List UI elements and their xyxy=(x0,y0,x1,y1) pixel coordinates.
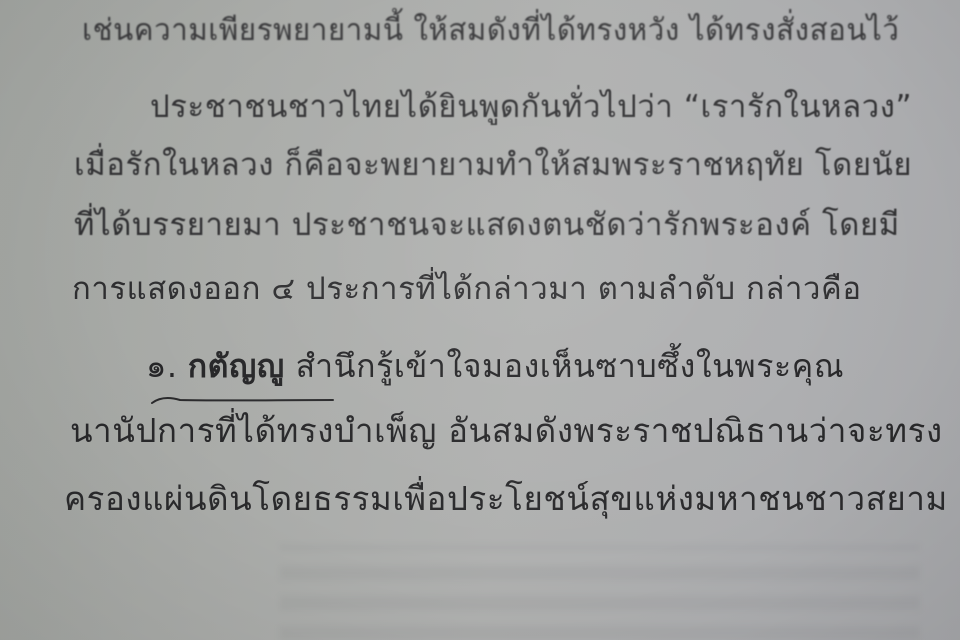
text-line-4: ที่ได้บรรยายมา ประชาชนจะแสดงตนชัดว่ารักพ… xyxy=(74,210,900,241)
handwritten-underline xyxy=(150,395,335,405)
paragraph-start-line: ประชาชนชาวไทยได้ยินพูดกันทั่วไปว่า “เราร… xyxy=(150,92,912,123)
key-term: กตัญญู xyxy=(188,350,285,382)
list-item-continuation-1: นานัปการที่ได้ทรงบำเพ็ญ อันสมดังพระราชปณ… xyxy=(70,414,943,447)
list-item-1: ๑.กตัญญู สำนึกรู้เข้าใจมองเห็นซาบซึ้งในพ… xyxy=(146,350,844,382)
list-item-continuation-2: ครองแผ่นดินโดยธรรมเพื่อประโยชน์สุขแห่งมห… xyxy=(64,482,948,515)
text-line-5: การแสดงออก ๔ ประการที่ได้กล่าวมา ตามลำดั… xyxy=(72,274,862,305)
list-numeral: ๑. xyxy=(146,347,178,385)
text-line-1: เช่นความเพียรพยายามนี้ ให้สมดังที่ได้ทรง… xyxy=(82,16,900,46)
list-item-text: สำนึกรู้เข้าใจมองเห็นซาบซึ้งในพระคุณ xyxy=(296,347,845,385)
document-page: เช่นความเพียรพยายามนี้ ให้สมดังที่ได้ทรง… xyxy=(0,0,960,640)
page-shadow xyxy=(0,0,120,640)
text-line-3: เมื่อรักในหลวง ก็คือจะพยายามทำให้สมพระรา… xyxy=(74,150,912,181)
show-through-text xyxy=(280,545,920,640)
